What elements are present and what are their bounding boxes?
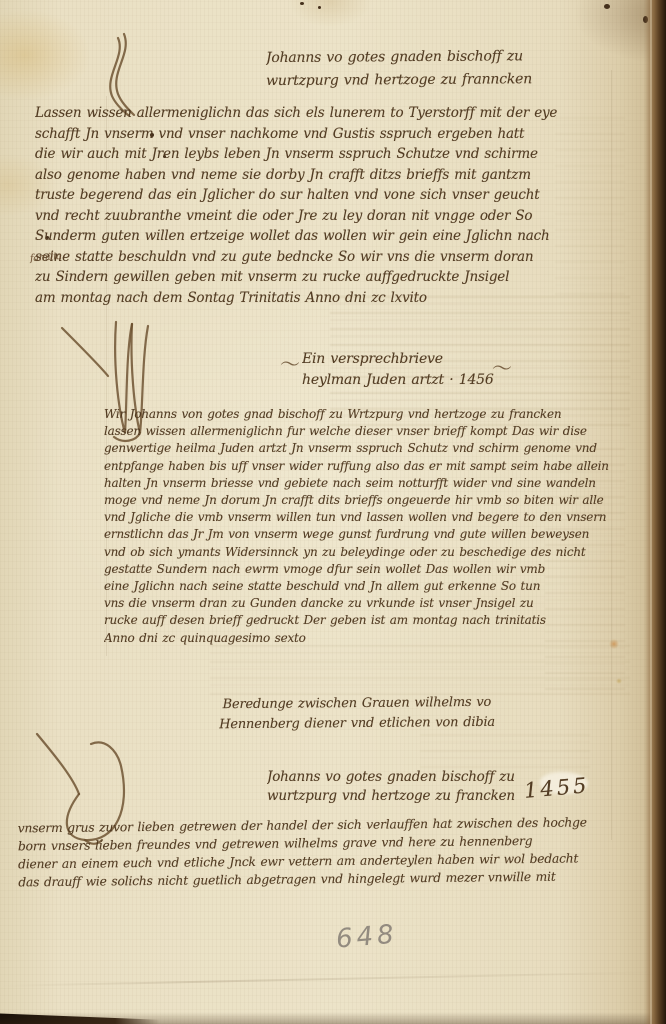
charter2-heading: Ein versprechbrieveheylman Juden artzt ·… xyxy=(302,349,572,391)
text-line: vnd recht zuubranthe vmeint die oder Jre… xyxy=(35,206,635,227)
folio-number: 648 xyxy=(335,919,399,954)
text-line: Sunderm guten willen ertzeige wollet das… xyxy=(35,226,635,247)
text-line: ernstlichn das Jr Jm von vnserm wege gun… xyxy=(104,526,644,543)
text-line: heylman Juden artzt · 1456 xyxy=(302,370,572,391)
text-line: gestatte Sundern nach ewrm vmoge dfur se… xyxy=(104,561,644,578)
ink-speck xyxy=(643,16,648,23)
text-line: seine statte beschuldn vnd zu gute bednc… xyxy=(35,247,635,268)
text-line: Wir Johanns von gotes gnad bischoff zu W… xyxy=(104,406,644,423)
ink-bleedthrough xyxy=(210,640,630,695)
text-line: Lassen wissen allermeniglichn das sich e… xyxy=(35,103,635,124)
ink-speck xyxy=(655,1008,661,1014)
text-line: Beredunge zwischen Grauen wilhelms vo xyxy=(192,693,522,715)
text-line: vnd Jgliche die vmb vnserm willen tun vn… xyxy=(104,509,644,526)
text-line: vnd ob sich ymants Widersinnck yn zu bel… xyxy=(104,544,644,561)
text-line: entpfange haben bis uff vnser wider ruff… xyxy=(104,458,644,475)
manuscript-page: Johanns vo gotes gnaden bischoff zuwurtz… xyxy=(0,0,666,1024)
bottom-edge-shadow xyxy=(0,1012,666,1024)
text-line: die wir auch mit Jren leybs leben Jn vns… xyxy=(35,144,635,165)
ink-speck xyxy=(604,4,610,9)
text-line: am montag nach dem Sontag Trinitatis Ann… xyxy=(35,288,635,309)
charter3-heading: Johanns vo gotes gnaden bischoff zuwurtz… xyxy=(267,768,557,806)
charter2-body-text: Wir Johanns von gotes gnad bischoff zu W… xyxy=(104,406,644,647)
charter3-year: 1455 xyxy=(523,773,590,803)
text-line: wurtzpurg vnd hertzoge zu francken xyxy=(267,787,557,806)
text-line: vns die vnserm dran zu Gunden dancke zu … xyxy=(104,595,644,612)
text-line: wurtzpurg vnd hertzoge zu franncken xyxy=(266,68,566,93)
ink-speck xyxy=(300,2,304,5)
text-line: halten Jn vnserm briesse vnd gebiete nac… xyxy=(104,475,644,492)
text-line: schafft Jn vnserm vnd vnser nachkome vnd… xyxy=(35,124,635,145)
text-line: lassen wissen allermeniglichn fur welche… xyxy=(104,423,644,440)
charter1-heading: Johanns vo gotes gnaden bischoff zuwurtz… xyxy=(266,45,566,93)
text-line: genwertige heilma Juden artzt Jn vnserm … xyxy=(104,440,644,457)
paper-crease xyxy=(0,971,666,987)
text-line: truste begerend das ein Jglicher do sur … xyxy=(35,185,635,206)
text-line: Anno dni zc quinquagesimo sexto xyxy=(104,630,644,647)
text-line: also genome haben vnd neme sie dorby Jn … xyxy=(35,165,635,186)
charter1-body-text: Lassen wissen allermeniglichn das sich e… xyxy=(35,103,635,308)
text-line: zu Sindern gewillen geben mit vnserm zu … xyxy=(35,267,635,288)
text-line: Johanns vo gotes gnaden bischoff zu xyxy=(266,45,566,70)
text-line: eine Jglichn nach seine statte beschuld … xyxy=(104,578,644,595)
ink-speck xyxy=(318,6,321,9)
charter3-body-text: vnserm grus zuvor lieben getrewen der ha… xyxy=(18,813,659,892)
record-caption: Beredunge zwischen Grauen wilhelms voHen… xyxy=(192,693,522,735)
text-line: rucke auff desen brieff gedruckt Der geb… xyxy=(104,612,644,629)
margin-note: familia xyxy=(30,251,62,264)
text-line: Johanns vo gotes gnaden bischoff zu xyxy=(267,768,557,787)
book-gutter-shadow xyxy=(0,1009,160,1024)
ink-bleedthrough xyxy=(420,728,590,768)
text-line: Hennenberg diener vnd etlichen von dibia xyxy=(192,712,522,734)
text-line: Ein versprechbrieve xyxy=(302,349,572,370)
flourish-left-icon: 〜 xyxy=(280,348,300,377)
text-line: moge vnd neme Jn dorum Jn crafft dits br… xyxy=(104,492,644,509)
